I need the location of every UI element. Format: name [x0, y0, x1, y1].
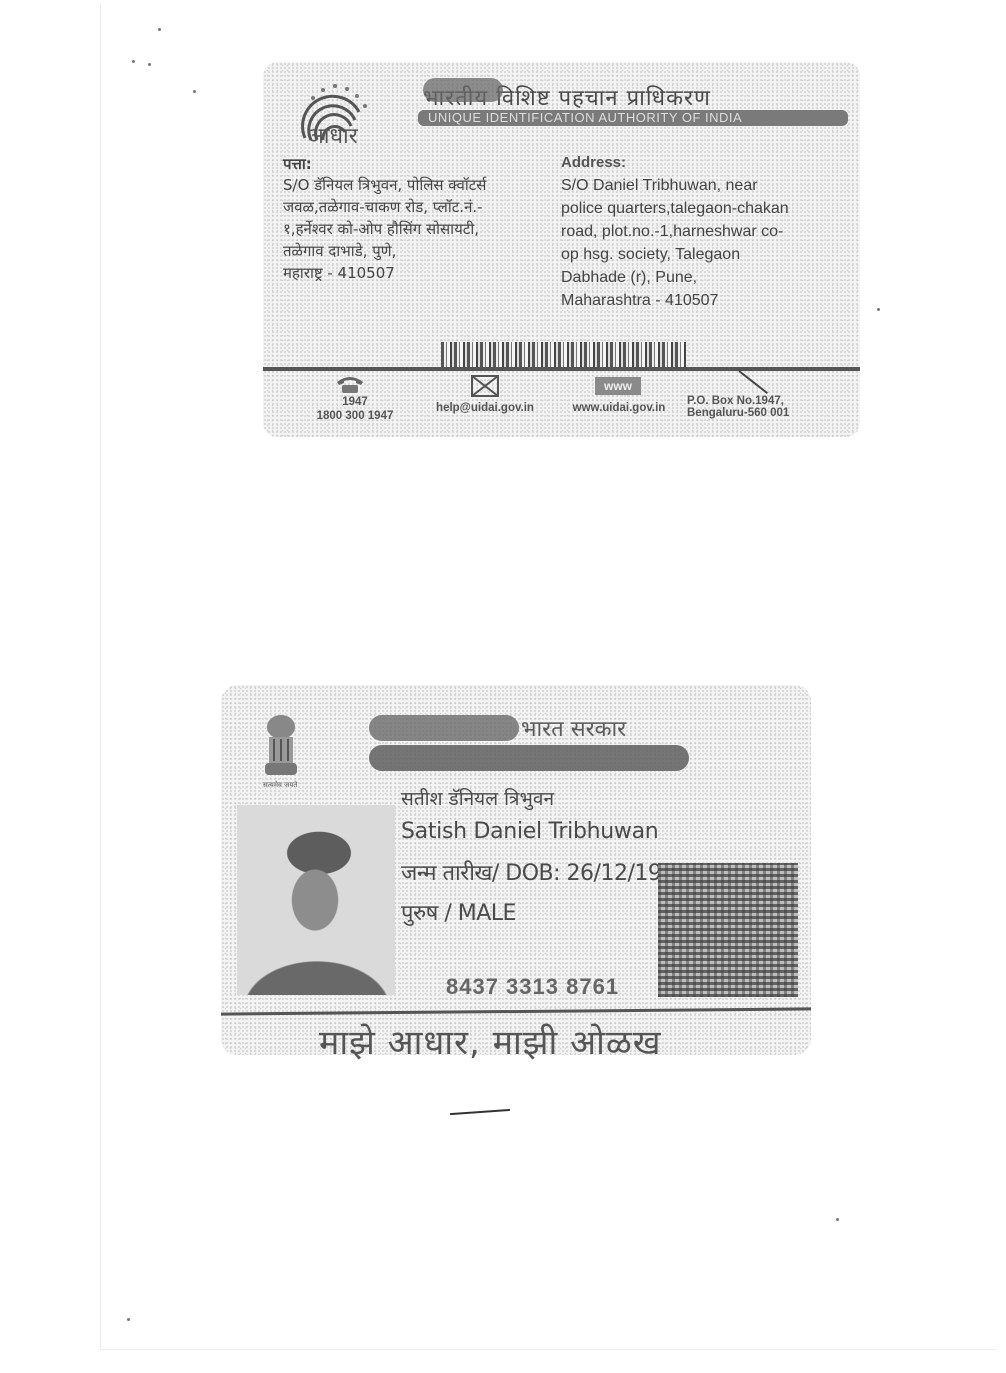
address-english-line: road, plot.no.-1,harneshwar co- [561, 220, 811, 243]
address-english-line: Dabhade (r), Pune, [561, 266, 811, 289]
address-english: S/O Daniel Tribhuwan, near police quarte… [561, 174, 811, 312]
scan-speck [127, 1318, 130, 1321]
government-name-hindi: भारत सरकार [521, 713, 626, 743]
address-hindi-line: १,हर्नेश्वर को-ओप हौसिंग सोसायटी, [283, 218, 543, 240]
po-box-line1: P.O. Box No.1947, [687, 395, 817, 407]
phone-short: 1947 [325, 396, 385, 408]
aadhaar-slogan: माझे आधार, माझी ओळख [319, 1018, 662, 1064]
email-address: help@uidai.gov.in [423, 402, 547, 414]
po-box-line2: Bengaluru-560 001 [687, 407, 817, 419]
phone-toll-free: 1800 300 1947 [305, 410, 405, 422]
address-english-line: Maharashtra - 410507 [561, 289, 811, 312]
scribble-redaction [369, 715, 519, 741]
qr-code [658, 863, 798, 997]
scan-speck [148, 63, 151, 66]
scribble-redaction [369, 745, 689, 771]
scan-speck [836, 1218, 839, 1221]
address-hindi-line: जवळ,तळेगाव-चाकण रोड, प्लॉट.नं.- [283, 196, 543, 218]
scan-speck [132, 60, 135, 63]
address-english-line: op hsg. society, Talegaon [561, 243, 811, 266]
scribble-redaction [423, 78, 503, 102]
divider-line [263, 367, 860, 371]
www-globe-icon: www [595, 377, 641, 395]
national-emblem-icon [259, 713, 303, 777]
gender: पुरुष / MALE [401, 897, 516, 927]
address-hindi-label: पत्ता: [283, 154, 312, 174]
address-hindi: S/O डॅनियल त्रिभुवन, पोलिस क्वॉटर्स जवळ,… [283, 174, 543, 284]
address-hindi-line: महाराष्ट्र - 410507 [283, 262, 543, 284]
authority-name-english: UNIQUE IDENTIFICATION AUTHORITY OF INDIA [418, 110, 848, 126]
address-english-line: police quarters,talegaon-chakan [561, 197, 811, 220]
scan-speck [193, 90, 196, 93]
aadhaar-number: 8437 3313 8761 [446, 974, 619, 1000]
date-of-birth: जन्म तारीख/ DOB: 26/12/1967 [401, 857, 688, 887]
scan-speck [158, 28, 161, 31]
address-english-label: Address: [561, 154, 626, 171]
address-hindi-line: तळेगाव दाभाडे, पुणे, [283, 240, 543, 262]
telephone-icon [335, 374, 365, 394]
pointer-line [738, 370, 768, 394]
aadhaar-back-card: आधार भारतीय विशिष्ट पहचान प्राधिकरण UNIQ… [263, 62, 860, 437]
envelope-icon [471, 375, 499, 397]
aadhaar-logo-text: आधार [307, 120, 358, 150]
aadhaar-front-card: सत्यमेव जयते भारत सरकार सतीश डॅनियल त्रि… [221, 685, 811, 1055]
scan-speck [877, 308, 880, 311]
address-english-line: S/O Daniel Tribhuwan, near [561, 174, 811, 197]
holder-photo [237, 805, 395, 995]
divider-line [221, 1007, 811, 1015]
address-hindi-line: S/O डॅनियल त्रिभुवन, पोलिस क्वॉटर्स [283, 174, 543, 196]
emblem-motto: सत्यमेव जयते [263, 781, 297, 790]
website-url: www.uidai.gov.in [559, 402, 679, 414]
barcode [441, 342, 686, 368]
holder-name-english: Satish Daniel Tribhuwan [401, 819, 658, 844]
holder-name-hindi: सतीश डॅनियल त्रिभुवन [401, 785, 554, 811]
